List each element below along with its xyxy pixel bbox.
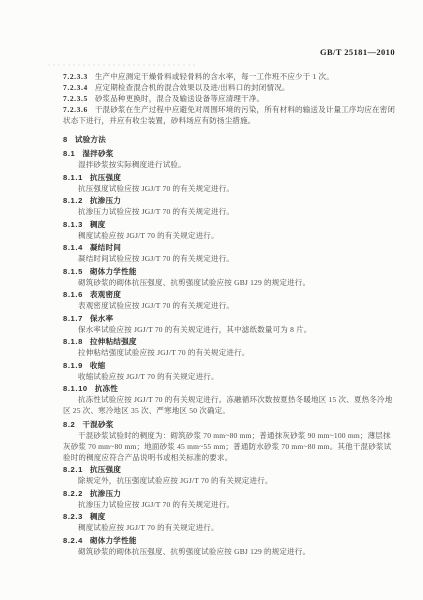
clause-text: 稠度 <box>90 220 106 229</box>
clause-text: 抗压强度 <box>90 465 121 474</box>
clause-text: 砌筑砂浆的砌体抗压强度、抗剪强度试验应按 GBJ 129 的规定进行。 <box>78 278 310 287</box>
clause-body: 砌筑砂浆的砌体抗压强度、抗剪强度试验应按 GBJ 129 的规定进行。 <box>63 277 397 288</box>
document-page: GB/T 25181—2010 7.2.3.3生产中应测定干燥骨料或轻骨料的含水… <box>0 0 423 600</box>
clause-number: 7.2.3.6 <box>63 105 88 114</box>
clause-heading: 8.1.4凝结时间 <box>63 242 397 253</box>
clause-number: 8.1 <box>63 149 75 158</box>
clause-text: 稠度试验应按 JGJ/T 70 的有关规定进行。 <box>78 523 219 532</box>
clause-text: 拉伸粘结强度试验应按 JGJ/T 70 的有关规定进行。 <box>78 348 250 357</box>
clause-heading: 8.2.3稠度 <box>63 511 397 522</box>
clause-body: 湿拌砂浆按实际稠度进行试验。 <box>63 159 397 170</box>
clause-body: 抗渗压力试验应按 JGJ/T 70 的有关规定进行。 <box>63 499 397 510</box>
clause-item: 7.2.3.6干混砂浆在生产过程中应避免对周围环境的污染，所有材料的输送及计量工… <box>63 104 397 126</box>
clause-text: 稠度试验应按 JGJ/T 70 的有关规定进行。 <box>78 231 219 240</box>
clause-heading: 8.1.8拉伸粘结强度 <box>63 336 397 347</box>
clause-text: 湿拌砂浆按实际稠度进行试验。 <box>78 160 186 169</box>
clause-number: 8.2.4 <box>63 536 83 545</box>
clause-body: 干混砂浆试验时的稠度为：砌筑砂浆 70 mm~80 mm；普通抹灰砂浆 90 m… <box>63 430 397 463</box>
clause-text: 表观密度试验应按 JGJ/T 70 的有关规定进行。 <box>78 301 234 310</box>
subsection-heading: 8.2干混砂浆 <box>63 419 397 430</box>
clause-heading: 8.1.1抗压强度 <box>63 172 397 183</box>
clause-number: 7.2.3.4 <box>63 83 88 92</box>
clause-text: 抗压强度试验应按 JGJ/T 70 的有关规定进行。 <box>78 184 234 193</box>
clause-body: 保水率试验应按 JGJ/T 70 的有关规定进行，其中滤纸数量可为 8 片。 <box>63 324 397 335</box>
clause-text: 拉伸粘结强度 <box>90 337 137 346</box>
clause-text: 试验方法 <box>75 135 106 144</box>
clause-body: 稠度试验应按 JGJ/T 70 的有关规定进行。 <box>63 230 397 241</box>
clause-body: 收缩试验应按 JGJ/T 70 的有关规定进行。 <box>63 371 397 382</box>
clause-text: 抗渗压力试验应按 JGJ/T 70 的有关规定进行。 <box>78 500 234 509</box>
clause-heading: 8.2.4砌体力学性能 <box>63 535 397 546</box>
clause-heading: 8.2.2抗渗压力 <box>63 488 397 499</box>
clause-text: 砌体力学性能 <box>90 267 137 276</box>
clause-text: 抗冻性 <box>95 384 118 393</box>
clause-heading: 8.1.3稠度 <box>63 219 397 230</box>
scan-artifact <box>48 64 198 66</box>
clause-number: 7.2.3.5 <box>63 94 88 103</box>
clause-text: 湿拌砂浆 <box>82 149 113 158</box>
clause-number: 8.1.9 <box>63 361 83 370</box>
clause-item: 7.2.3.5砂浆品种更换时，混合及输送设备等应清理干净。 <box>63 93 397 104</box>
clause-number: 8.2.2 <box>63 489 83 498</box>
clause-text: 收缩 <box>90 361 106 370</box>
clause-number: 8.1.1 <box>63 173 83 182</box>
clause-text: 表观密度 <box>90 290 121 299</box>
clause-heading: 8.1.2抗渗压力 <box>63 195 397 206</box>
clause-text: 应定期检查混合机的混合效果以及进/出料口的封闭情况。 <box>95 83 290 92</box>
clause-text: 保水率试验应按 JGJ/T 70 的有关规定进行，其中滤纸数量可为 8 片。 <box>78 325 312 334</box>
subsection-heading: 8.1湿拌砂浆 <box>63 148 397 159</box>
clause-body: 抗冻性试验应按 JGJ/T 70 的有关规定进行。冻融循环次数按夏热冬暖地区 1… <box>63 394 397 416</box>
clause-text: 砌体力学性能 <box>90 536 137 545</box>
clause-item: 7.2.3.4应定期检查混合机的混合效果以及进/出料口的封闭情况。 <box>63 82 397 93</box>
document-content: 7.2.3.3生产中应测定干燥骨料或轻骨料的含水率，每一工作班不应少于 1 次。… <box>63 71 397 557</box>
clause-text: 干混砂浆 <box>82 420 113 429</box>
standard-code: GB/T 25181—2010 <box>0 47 395 57</box>
clause-text: 砂浆品种更换时，混合及输送设备等应清理干净。 <box>95 94 264 103</box>
clause-text: 抗渗压力试验应按 JGJ/T 70 的有关规定进行。 <box>78 207 234 216</box>
section-heading: 8试验方法 <box>63 134 397 145</box>
clause-number: 7.2.3.3 <box>63 72 88 81</box>
clause-number: 8.1.2 <box>63 196 83 205</box>
clause-number: 8.1.3 <box>63 220 83 229</box>
clause-heading: 8.2.1抗压强度 <box>63 464 397 475</box>
clause-number: 8.1.5 <box>63 267 83 276</box>
clause-body: 抗压强度试验应按 JGJ/T 70 的有关规定进行。 <box>63 183 397 194</box>
clause-body: 除规定外，抗压强度试验应按 JGJ/T 70 的有关规定进行。 <box>63 475 397 486</box>
clause-body: 稠度试验应按 JGJ/T 70 的有关规定进行。 <box>63 522 397 533</box>
clause-heading: 8.1.6表观密度 <box>63 289 397 300</box>
clause-number: 8.1.7 <box>63 314 83 323</box>
clause-body: 表观密度试验应按 JGJ/T 70 的有关规定进行。 <box>63 300 397 311</box>
clause-number: 8.2 <box>63 420 75 429</box>
clause-number: 8.1.8 <box>63 337 83 346</box>
clause-item: 7.2.3.3生产中应测定干燥骨料或轻骨料的含水率，每一工作班不应少于 1 次。 <box>63 71 397 82</box>
clause-text: 稠度 <box>90 512 106 521</box>
clause-number: 8.1.6 <box>63 290 83 299</box>
clause-text: 除规定外，抗压强度试验应按 JGJ/T 70 的有关规定进行。 <box>78 476 273 485</box>
clause-text: 抗压强度 <box>90 173 121 182</box>
clause-number: 8.1.4 <box>63 243 83 252</box>
clause-body: 凝结时间试验应按 JGJ/T 70 的有关规定进行。 <box>63 253 397 264</box>
clause-number: 8.2.1 <box>63 465 83 474</box>
clause-text: 凝结时间 <box>90 243 121 252</box>
clause-text: 抗渗压力 <box>90 489 121 498</box>
clause-text: 生产中应测定干燥骨料或轻骨料的含水率，每一工作班不应少于 1 次。 <box>95 72 334 81</box>
clause-text: 抗冻性试验应按 JGJ/T 70 的有关规定进行。冻融循环次数按夏热冬暖地区 1… <box>63 395 392 415</box>
clause-number: 8 <box>63 135 68 144</box>
clause-heading: 8.1.7保水率 <box>63 313 397 324</box>
clause-text: 凝结时间试验应按 JGJ/T 70 的有关规定进行。 <box>78 254 234 263</box>
clause-body: 砌筑砂浆的砌体抗压强度、抗剪强度试验应按 GBJ 129 的规定进行。 <box>63 546 397 557</box>
clause-body: 抗渗压力试验应按 JGJ/T 70 的有关规定进行。 <box>63 206 397 217</box>
clause-number: 8.1.10 <box>63 384 88 393</box>
clause-number: 8.2.3 <box>63 512 83 521</box>
clause-heading: 8.1.9收缩 <box>63 360 397 371</box>
clause-text: 砌筑砂浆的砌体抗压强度、抗剪强度试验应按 GBJ 129 的规定进行。 <box>78 547 310 556</box>
clause-body: 拉伸粘结强度试验应按 JGJ/T 70 的有关规定进行。 <box>63 347 397 358</box>
clause-heading: 8.1.5砌体力学性能 <box>63 266 397 277</box>
clause-text: 抗渗压力 <box>90 196 121 205</box>
clause-text: 干混砂浆试验时的稠度为：砌筑砂浆 70 mm~80 mm；普通抹灰砂浆 90 m… <box>63 431 391 462</box>
clause-text: 收缩试验应按 JGJ/T 70 的有关规定进行。 <box>78 372 219 381</box>
clause-text: 干混砂浆在生产过程中应避免对周围环境的污染，所有材料的输送及计量工序均应在密闭状… <box>63 105 395 125</box>
clause-heading: 8.1.10抗冻性 <box>63 383 397 394</box>
clause-text: 保水率 <box>90 314 113 323</box>
